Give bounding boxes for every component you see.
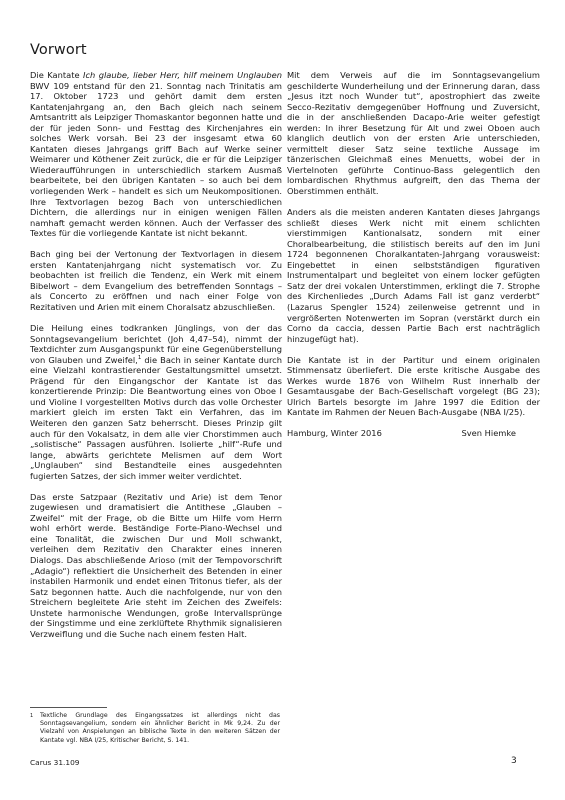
right-column: Mit dem Verweis auf die im Sonntagsevang… [287, 70, 540, 439]
publisher-reference: Carus 31.109 [30, 758, 79, 767]
text: die Bach in seiner Kantate durch eine Vi… [30, 355, 282, 481]
text: Die Kantate [30, 70, 83, 80]
paragraph-second-recitative: Mit dem Verweis auf die im Sonntagsevang… [287, 70, 540, 197]
paragraph-final-chorale: Anders als die meisten anderen Kantaten … [287, 207, 540, 344]
paragraph-sources: Die Kantate ist in der Partitur und eine… [287, 355, 540, 418]
text: BWV 109 entstand für den 21. Sonntag nac… [30, 81, 282, 239]
footnote-divider [30, 707, 107, 708]
signature: Hamburg, Winter 2016 Sven Hiemke [287, 428, 540, 439]
paragraph-setting-approach: Bach ging bei der Vertonung der Textvorl… [30, 249, 282, 312]
paragraph-intro: Die Kantate Ich glaube, lieber Herr, hil… [30, 70, 282, 239]
cantata-title: Ich glaube, lieber Herr, hilf meinem Ung… [83, 70, 282, 80]
paragraph-opening-chorus: Die Heilung eines todkranken Jünglings, … [30, 323, 282, 481]
paragraph-first-pair: Das erste Satzpaar (Rezitativ und Arie) … [30, 492, 282, 640]
footnote-text: Textliche Grundlage des Eingangssatzes i… [40, 712, 280, 745]
author: Sven Hiemke [461, 428, 516, 439]
footnote: 1 Textliche Grundlage des Eingangssatzes… [30, 712, 280, 745]
page-title: Vorwort [30, 42, 87, 58]
footnote-number: 1 [30, 712, 40, 745]
page-number: 3 [511, 756, 517, 766]
left-column: Die Kantate Ich glaube, lieber Herr, hil… [30, 70, 282, 650]
place-date: Hamburg, Winter 2016 [287, 428, 382, 439]
